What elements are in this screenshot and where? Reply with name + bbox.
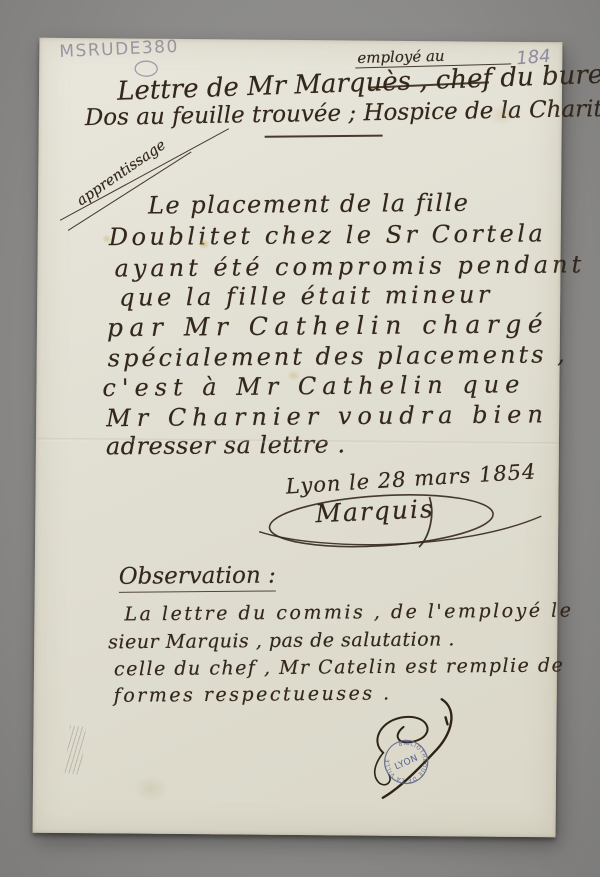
manuscript-page: MSRUDE380 184 employé au Lettre de Mr Ma…: [33, 38, 563, 838]
observation-line: formes respectueuses .: [114, 682, 392, 706]
body-line: Mr Charnier voudra bien: [106, 400, 549, 432]
body-line: Doublitet chez le Sr Cortela: [109, 219, 547, 251]
paper-stain: [133, 775, 169, 803]
observation-line: La lettre du commis , de l'employé le: [124, 599, 573, 625]
body-line: spécialement des placements ,: [108, 340, 568, 372]
body-line: par Mr Cathelin chargé: [107, 309, 549, 342]
header-flourish-stroke: [265, 135, 383, 138]
body-line: que la fille était mineur: [119, 280, 493, 311]
body-line: c'est à Mr Cathelin que: [102, 370, 525, 402]
observation-line: sieur Marquis , pas de salutation .: [108, 628, 455, 653]
ink-smudge: [65, 725, 86, 775]
stamp-center-text: LYON: [393, 753, 420, 772]
body-line: Le placement de la fille: [148, 189, 470, 220]
photo-background: MSRUDE380 184 employé au Lettre de Mr Ma…: [0, 0, 600, 877]
body-line: adresser sa lettre .: [106, 430, 346, 460]
header-insertion-note: employé au: [357, 47, 445, 67]
observation-line: celle du chef , Mr Catelin est remplie d…: [114, 654, 564, 680]
body-line: ayant été compromis pendant: [114, 250, 585, 282]
signature-name: Marquis: [315, 494, 436, 528]
observation-heading: Observation :: [119, 562, 276, 592]
